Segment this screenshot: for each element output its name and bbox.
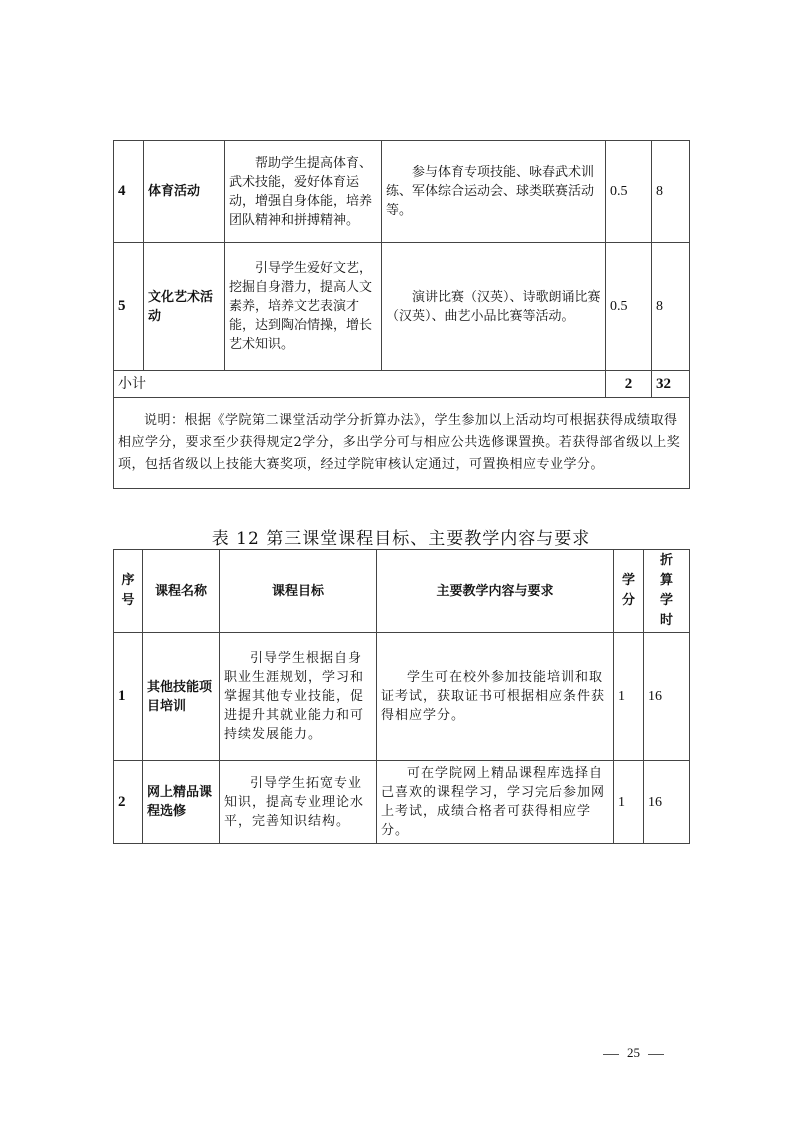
note-row: 说明：根据《学院第二课堂活动学分折算办法》，学生参加以上活动均可根据获得成绩取得… — [114, 398, 690, 489]
hours-value: 8 — [652, 243, 690, 371]
table-row: 4 体育活动 帮助学生提高体育、武术技能，爱好体育运动，增强自身体能，培养团队精… — [114, 141, 690, 243]
table-row: 2 网上精品课程选修 引导学生拓宽专业知识，提高专业理论水平，完善知识结构。 可… — [114, 761, 690, 844]
second-classroom-table-continued: 4 体育活动 帮助学生提高体育、武术技能，爱好体育运动，增强自身体能，培养团队精… — [113, 140, 690, 489]
hours-value: 16 — [644, 633, 690, 761]
table-caption: 表 12 第三课堂课程目标、主要教学内容与要求 — [113, 524, 689, 549]
header-content: 主要教学内容与要求 — [377, 550, 614, 633]
hours-value: 16 — [644, 761, 690, 844]
dash-decoration — [603, 1054, 619, 1055]
course-name: 网上精品课程选修 — [143, 761, 220, 844]
header-credit: 学分 — [614, 550, 644, 633]
table-row: 1 其他技能项目培训 引导学生根据自身职业生涯规划，学习和掌握其他专业技能，促进… — [114, 633, 690, 761]
subtotal-credit: 2 — [606, 371, 652, 398]
credit-value: 1 — [614, 633, 644, 761]
row-index: 5 — [114, 243, 144, 371]
activity-goal: 帮助学生提高体育、武术技能，爱好体育运动，增强自身体能，培养团队精神和拼搏精神。 — [225, 141, 382, 243]
table-row: 5 文化艺术活动 引导学生爱好文艺，挖掘自身潜力，提高人文素养，培养文艺表演才能… — [114, 243, 690, 371]
course-goal: 引导学生拓宽专业知识，提高专业理论水平，完善知识结构。 — [220, 761, 377, 844]
header-hours: 折算学时 — [644, 550, 690, 633]
course-content: 学生可在校外参加技能培训和取证考试，获取证书可根据相应条件获得相应学分。 — [377, 633, 614, 761]
activity-content: 参与体育专项技能、咏春武术训练、军体综合运动会、球类联赛活动等。 — [382, 141, 606, 243]
course-goal: 引导学生根据自身职业生涯规划，学习和掌握其他专业技能，促进提升其就业能力和可持续… — [220, 633, 377, 761]
course-content: 可在学院网上精品课程库选择自己喜欢的课程学习，学习完后参加网上考试，成绩合格者可… — [377, 761, 614, 844]
credit-value: 0.5 — [606, 243, 652, 371]
header-index: 序号 — [114, 550, 143, 633]
row-index: 1 — [114, 633, 143, 761]
credit-value: 0.5 — [606, 141, 652, 243]
page-number: 25 — [627, 1045, 640, 1060]
page-footer: 25 — [595, 1045, 672, 1061]
hours-value: 8 — [652, 141, 690, 243]
activity-goal: 引导学生爱好文艺，挖掘自身潜力，提高人文素养，培养文艺表演才能，达到陶冶情操，增… — [225, 243, 382, 371]
subtotal-label: 小计 — [114, 371, 606, 398]
row-index: 2 — [114, 761, 143, 844]
third-classroom-table: 序号 课程名称 课程目标 主要教学内容与要求 学分 折算学时 1 其他技能项目培… — [113, 549, 690, 844]
dash-decoration — [648, 1054, 664, 1055]
note-text: 说明：根据《学院第二课堂活动学分折算办法》，学生参加以上活动均可根据获得成绩取得… — [114, 398, 690, 489]
credit-value: 1 — [614, 761, 644, 844]
subtotal-row: 小计 2 32 — [114, 371, 690, 398]
activity-name: 体育活动 — [144, 141, 225, 243]
activity-content: 演讲比赛（汉英）、诗歌朗诵比赛（汉英）、曲艺小品比赛等活动。 — [382, 243, 606, 371]
subtotal-hours: 32 — [652, 371, 690, 398]
header-goal: 课程目标 — [220, 550, 377, 633]
activity-name: 文化艺术活动 — [144, 243, 225, 371]
row-index: 4 — [114, 141, 144, 243]
header-row: 序号 课程名称 课程目标 主要教学内容与要求 学分 折算学时 — [114, 550, 690, 633]
course-name: 其他技能项目培训 — [143, 633, 220, 761]
header-name: 课程名称 — [143, 550, 220, 633]
